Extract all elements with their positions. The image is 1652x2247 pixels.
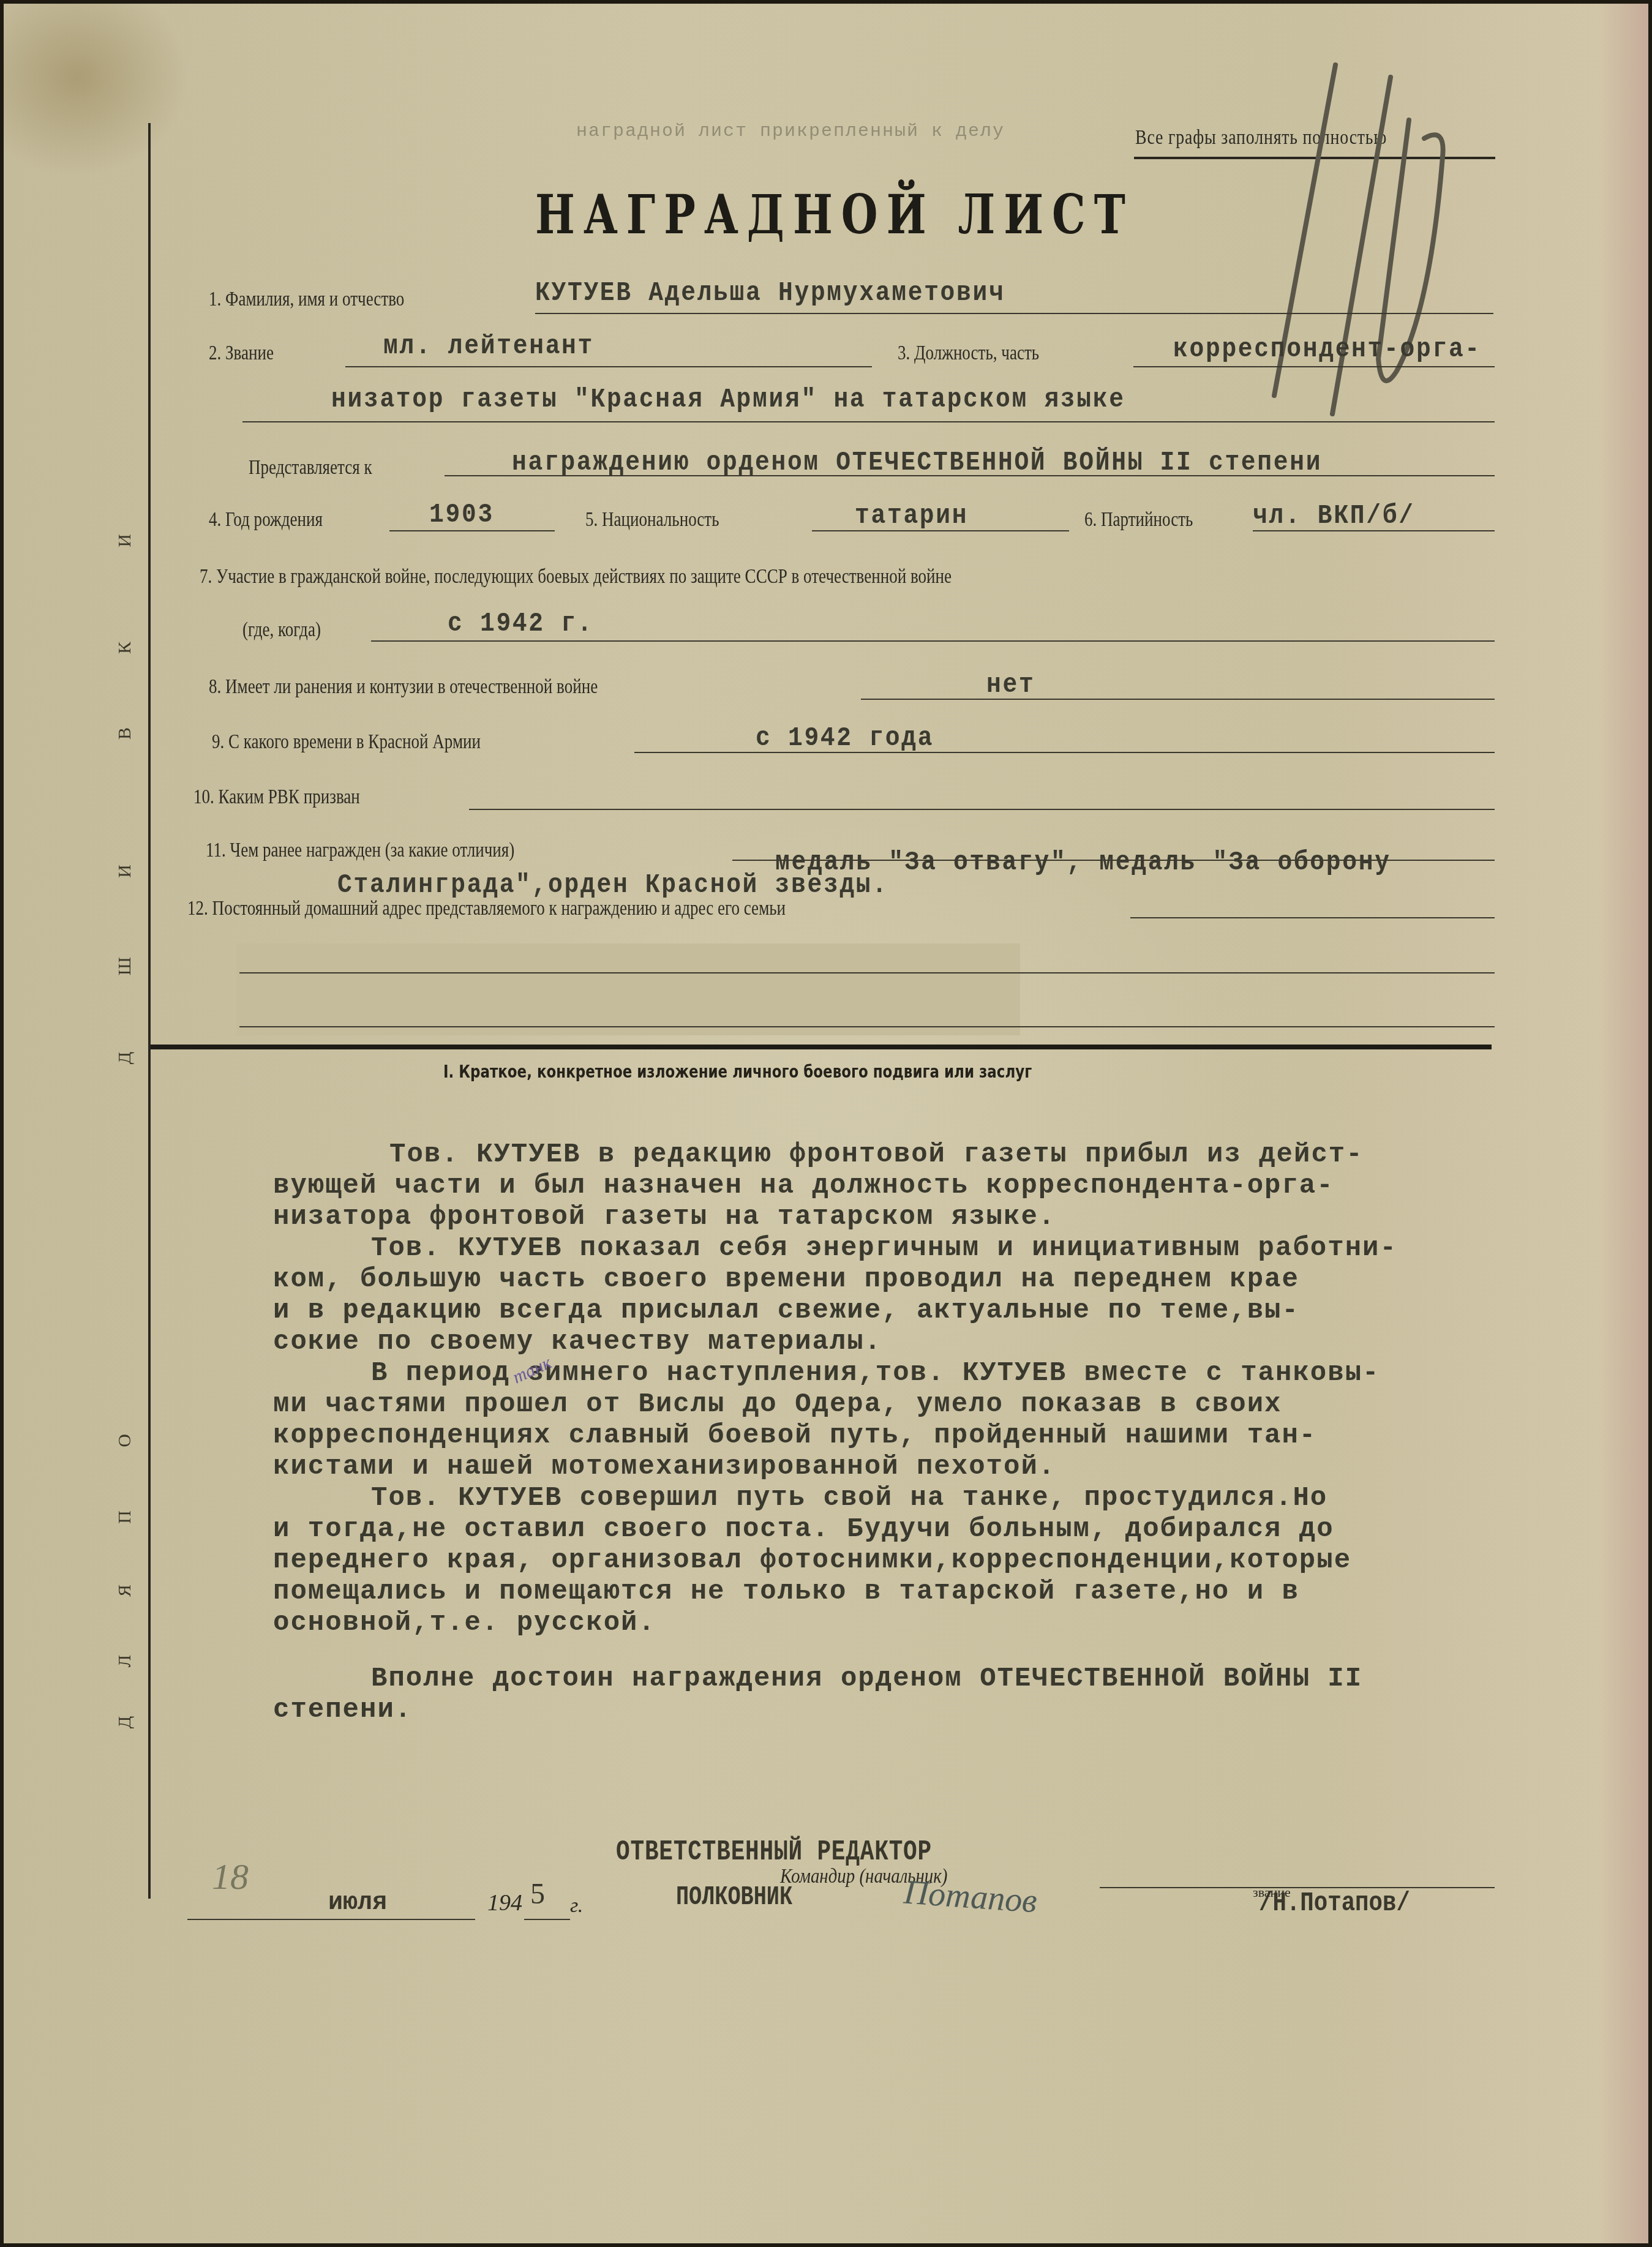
field-3-label: 3. Должность, часть bbox=[898, 342, 1039, 365]
faint-header-text: наградной лист прикрепленный к делу bbox=[576, 121, 1005, 142]
field-12-label: 12. Постоянный домашний адрес представля… bbox=[187, 898, 786, 920]
field-12-line bbox=[1130, 917, 1495, 918]
section-divider bbox=[151, 1045, 1492, 1049]
section-heading: I. Краткое, конкретное изложение личного… bbox=[443, 1062, 1032, 1082]
field-12-line-3 bbox=[239, 1026, 1495, 1027]
text-line: ком, большую часть своего времени провод… bbox=[273, 1264, 1583, 1296]
paragraph: Тов. КУТУЕВ в редакцию фронтовой газеты … bbox=[328, 1139, 1583, 1233]
field-7-label-cont: (где, когда) bbox=[242, 619, 321, 642]
date-day: 18 bbox=[212, 1856, 249, 1898]
field-3-value-cont: низатор газеты "Красная Армия" на татарс… bbox=[331, 385, 1125, 415]
field-1-value: КУТУЕВ Адельша Нурмухаметович bbox=[535, 278, 1005, 309]
margin-letter: П bbox=[115, 1505, 135, 1529]
field-5-value: татарин bbox=[855, 501, 968, 531]
field-2-line bbox=[345, 366, 872, 367]
text-line: и тогда,не оставил своего поста. Будучи … bbox=[273, 1514, 1583, 1545]
margin-letter: Л bbox=[115, 1649, 135, 1673]
field-6-label: 6. Партийность bbox=[1084, 509, 1193, 531]
field-8-label: 8. Имеет ли ранения и контузии в отечест… bbox=[209, 676, 598, 699]
text-line: Тов. КУТУЕВ в редакцию фронтовой газеты … bbox=[328, 1139, 1583, 1171]
date-year-prefix: 194 bbox=[487, 1889, 522, 1916]
margin-letter: И bbox=[115, 528, 135, 553]
signer-rank: ПОЛКОВНИК bbox=[676, 1882, 792, 1913]
margin-letter: Ш bbox=[115, 954, 135, 978]
margin-rule bbox=[148, 123, 151, 1899]
field-1-line bbox=[535, 313, 1493, 314]
paragraph-gap bbox=[328, 1639, 1583, 1664]
nomination-value: награждению орденом ОТЕЧЕСТВЕННОЙ ВОЙНЫ … bbox=[512, 448, 1322, 478]
margin-letter: Я bbox=[115, 1578, 135, 1603]
nomination-label: Представляется к bbox=[249, 457, 372, 479]
field-9-label: 9. С какого времени в Красной Армии bbox=[212, 731, 481, 754]
field-4-line bbox=[389, 530, 555, 531]
text-line: Тов. КУТУЕВ совершил путь свой на танке,… bbox=[310, 1483, 1583, 1514]
signer-name: /Н.Потапов/ bbox=[1259, 1888, 1410, 1919]
text-line: низатора фронтовой газеты на татарском я… bbox=[273, 1202, 1583, 1233]
narrative-body: Тов. КУТУЕВ в редакцию фронтовой газеты … bbox=[328, 1139, 1583, 1726]
field-2-value: мл. лейтенант bbox=[383, 331, 594, 362]
page-title: НАГРАДНОЙ ЛИСТ bbox=[535, 182, 1134, 246]
field-7-label: 7. Участие в гражданской войне, последую… bbox=[200, 566, 952, 588]
pencil-number-mark bbox=[1241, 53, 1473, 420]
date-year-suffix: 5 bbox=[530, 1877, 545, 1911]
field-5-label: 5. Национальность bbox=[585, 509, 719, 531]
text-line: и в редакцию всегда присылал свежие, акт… bbox=[273, 1296, 1583, 1327]
paragraph: Вполне достоин награждения орденом ОТЕЧЕ… bbox=[328, 1664, 1583, 1726]
text-line: основной,т.е. русской. bbox=[273, 1608, 1583, 1639]
field-7-value: с 1942 г. bbox=[448, 609, 593, 639]
margin-letter: К bbox=[115, 636, 135, 660]
margin-letter: О bbox=[115, 1428, 135, 1453]
signer-title: ОТВЕТСТВЕННЫЙ РЕДАКТОР bbox=[616, 1836, 932, 1868]
field-2-label: 2. Звание bbox=[209, 342, 274, 365]
field-9-value: с 1942 года bbox=[756, 723, 934, 754]
text-line: переднего края, организовал фотоснимки,к… bbox=[273, 1545, 1583, 1577]
text-line: сокие по своему качеству материалы. bbox=[273, 1327, 1583, 1358]
text-line: Вполне достоин награждения орденом ОТЕЧЕ… bbox=[310, 1664, 1583, 1695]
margin-letter: Д bbox=[115, 1710, 135, 1735]
field-7-line bbox=[371, 640, 1495, 642]
text-line: степени. bbox=[273, 1695, 1583, 1726]
field-4-label: 4. Год рождения bbox=[209, 509, 323, 531]
field-4-value: 1903 bbox=[429, 500, 494, 530]
redacted-address-block bbox=[236, 943, 1020, 1035]
text-line: корреспонденциях славный боевой путь, пр… bbox=[273, 1420, 1583, 1452]
date-month: июля bbox=[328, 1889, 387, 1917]
text-line: ми частями прошел от Вислы до Одера, уме… bbox=[273, 1389, 1583, 1420]
text-line: кистами и нашей мотомеханизированной пех… bbox=[273, 1452, 1583, 1483]
field-10-line bbox=[469, 809, 1495, 810]
text-line: помещались и помещаются не только в тата… bbox=[273, 1577, 1583, 1608]
field-6-value: чл. ВКП/б/ bbox=[1253, 501, 1415, 531]
year-line bbox=[524, 1919, 570, 1920]
handwritten-signature: Потапов bbox=[903, 1872, 1038, 1921]
award-sheet-page: Д Л Я П О Д Ш И В К И наградной лист при… bbox=[0, 0, 1652, 2247]
margin-letter: Д bbox=[115, 1046, 135, 1070]
field-10-label: 10. Каким РВК призван bbox=[193, 786, 360, 809]
date-line bbox=[187, 1919, 475, 1920]
date-year-abbrev: г. bbox=[570, 1894, 583, 1918]
text-line: вующей части и был назначен на должность… bbox=[273, 1171, 1583, 1202]
field-8-line bbox=[861, 699, 1495, 700]
text-line: В период зимнего наступления,тов. КУТУЕВ… bbox=[310, 1358, 1583, 1389]
text-line: Тов. КУТУЕВ показал себя энергичным и ин… bbox=[310, 1233, 1583, 1264]
paragraph: Тов. КУТУЕВ совершил путь свой на танке,… bbox=[328, 1483, 1583, 1639]
field-11-value-cont: Сталинграда",орден Красной звезды. bbox=[337, 870, 888, 901]
margin-letter: В bbox=[115, 721, 135, 746]
field-3-line bbox=[1133, 366, 1495, 367]
field-11-label: 11. Чем ранее награжден (за какие отличи… bbox=[206, 839, 514, 862]
paragraph: Тов. КУТУЕВ показал себя энергичным и ин… bbox=[328, 1233, 1583, 1358]
field-3-line-cont bbox=[242, 421, 1495, 422]
field-8-value: нет bbox=[986, 670, 1035, 700]
field-12-line-2 bbox=[239, 972, 1495, 973]
field-3-value: корреспондент-орга- bbox=[1173, 334, 1481, 365]
field-1-label: 1. Фамилия, имя и отчество bbox=[209, 288, 404, 311]
margin-letter: И bbox=[115, 859, 135, 883]
